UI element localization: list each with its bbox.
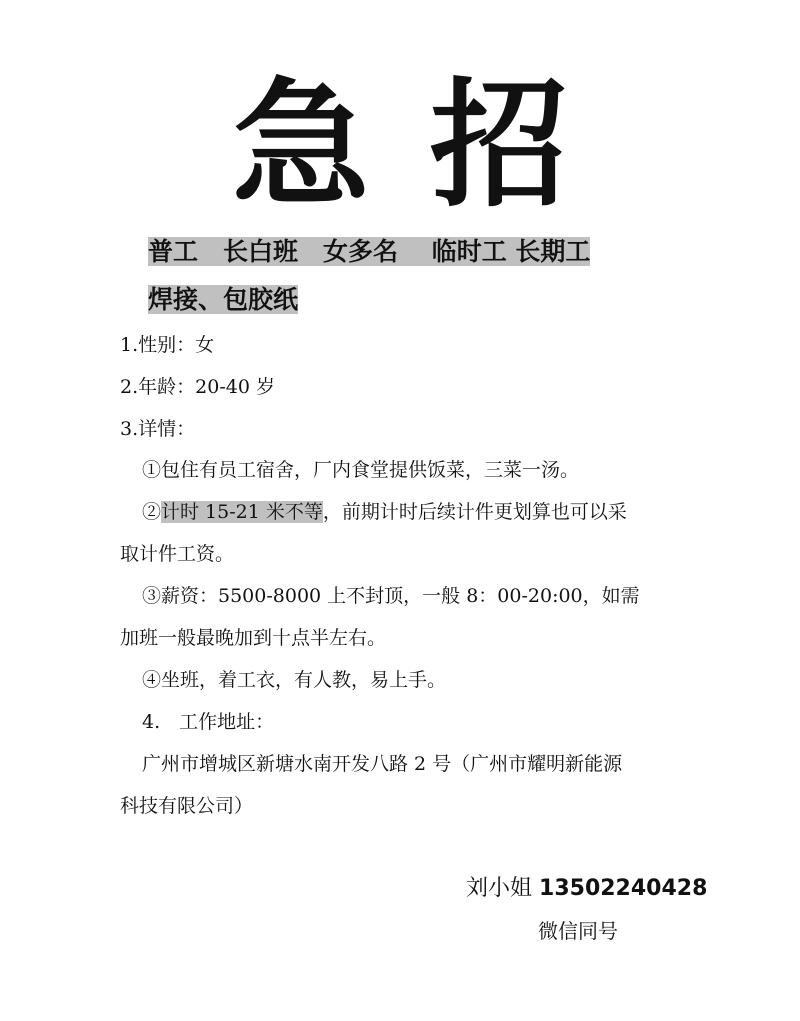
detail-item-2-text: ，前期计时后续计件更划算也可以采 [323, 501, 627, 523]
detail-item-4: ④坐班，着工衣，有人教，易上手。 [142, 667, 446, 693]
address-label: 4. 工作地址： [142, 709, 274, 735]
requirement-label: 1.性别： [120, 334, 195, 356]
contact-name: 刘小姐 [466, 876, 532, 901]
detail-item-2-highlight: 计时 15-21 米不等 [161, 501, 323, 523]
detail-item-2: ②计时 15-21 米不等，前期计时后续计件更划算也可以采 [142, 499, 627, 525]
requirement-details: 3.详情： [120, 416, 195, 442]
address-line-1: 广州市增城区新塘水南开发八路 2 号（广州市耀明新能源 [142, 751, 622, 777]
detail-item-3: ③薪资：5500-8000 上不封顶，一般 8：00-20:00，如需 [142, 583, 640, 609]
job-types-highlight: 普工 长白班 女多名 临时工 长期工 [148, 237, 590, 266]
page-title: 急招 [0, 70, 800, 220]
detail-item-2-number: ② [142, 501, 161, 523]
detail-item-2-continued: 取计件工资。 [120, 541, 234, 567]
contact-line: 刘小姐 13502240428 [466, 874, 707, 904]
job-types-line: 普工 长白班 女多名 临时工 长期工 [148, 234, 590, 270]
requirement-label: 3.详情： [120, 418, 195, 440]
requirement-gender: 1.性别：女 [120, 332, 214, 358]
requirement-value: 女 [195, 334, 214, 356]
requirement-age: 2.年龄：20-40 岁 [120, 374, 275, 400]
detail-item-1: ①包住有员工宿舍，厂内食堂提供饭菜，三菜一汤。 [142, 457, 579, 483]
address-line-2: 科技有限公司） [120, 793, 253, 819]
job-tasks-line: 焊接、包胶纸 [148, 282, 298, 318]
job-tasks-highlight: 焊接、包胶纸 [148, 285, 298, 314]
detail-item-3-continued: 加班一般最晚加到十点半左右。 [120, 625, 386, 651]
wechat-note: 微信同号 [538, 916, 618, 946]
requirement-label: 2.年龄： [120, 376, 195, 398]
requirement-value: 20-40 岁 [195, 376, 275, 398]
contact-phone: 13502240428 [539, 876, 707, 901]
